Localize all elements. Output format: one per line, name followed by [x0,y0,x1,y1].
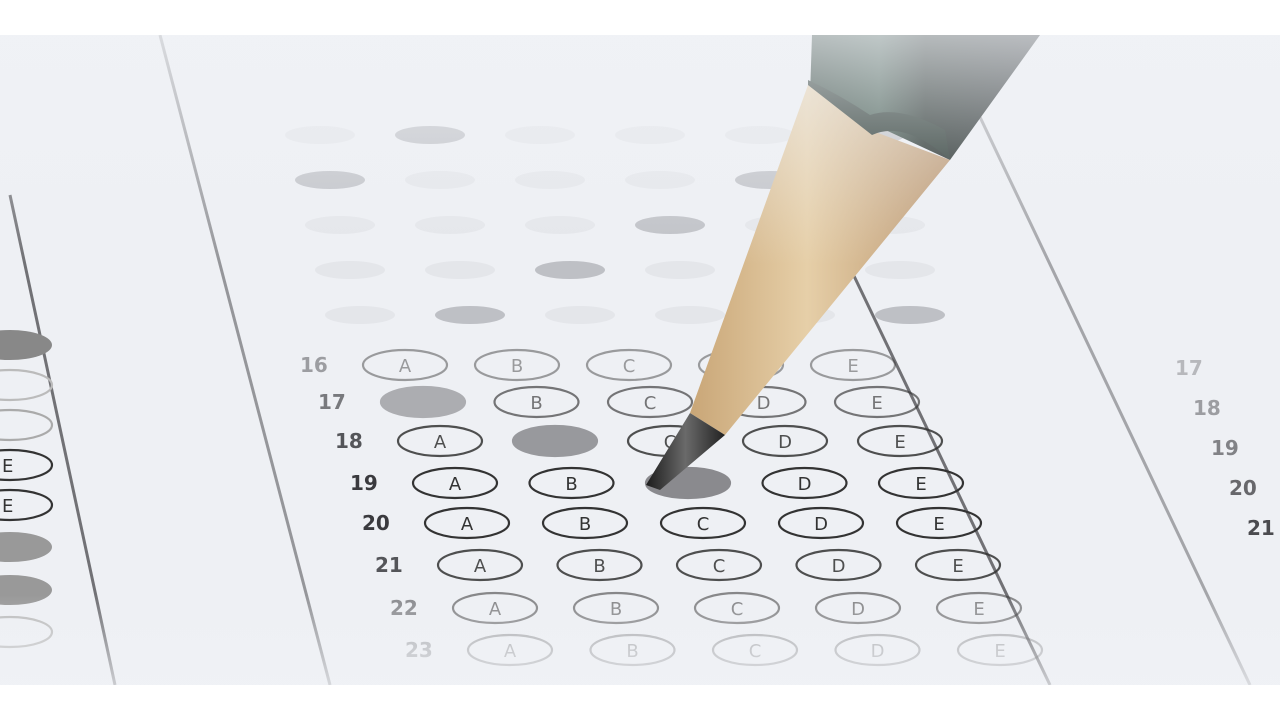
bubble-letter: E [915,474,926,495]
bubble-letter: E [973,599,984,620]
bubble-letter: C [749,641,762,662]
blurred-bubble [865,261,935,279]
answer-row: 21ABCDE [375,550,1000,580]
filled-bubble[interactable] [513,426,597,456]
blurred-bubble [425,261,495,279]
bubble-letter: C [644,393,657,414]
blurred-bubble [305,216,375,234]
blurred-bubble [505,126,575,144]
bubble-letter: A [399,356,412,377]
bubble-letter: D [851,599,865,620]
bubble-letter: B [565,474,577,495]
bubble-letter: B [593,556,605,577]
answer-row: 22ABCDE [390,593,1021,623]
answer-row: 20ABCDE [362,508,981,538]
left-column-bubbles: EE [0,330,52,647]
blurred-bubble [625,171,695,189]
bubble-letter: D [757,393,771,414]
right-row-number: 18 [1193,396,1221,420]
blurred-bubble [615,126,685,144]
answer-row: 23ABCDE [405,635,1042,665]
row-number: 18 [335,429,363,453]
row-number: 20 [362,511,390,535]
bubble-letter: D [832,556,846,577]
bubble-letter: E [847,356,858,377]
right-row-number: 21 [1247,516,1275,540]
answer-row: 18ACDE [335,426,942,456]
bubble-letter: C [697,514,710,535]
blurred-bubble [285,126,355,144]
blurred-bubble [315,261,385,279]
left-bubble [0,575,52,605]
blurred-bubble [655,306,725,324]
bubble-letter: E [933,514,944,535]
left-bubble-letter: E [2,496,13,517]
bubble-letter: A [474,556,487,577]
bubble-letter: C [731,599,744,620]
bubble-letter: D [814,514,828,535]
blurred-bubble [545,306,615,324]
bubble-letter: A [449,474,462,495]
bubble-letter: E [894,432,905,453]
right-column-numbers: 1718192021 [1175,356,1275,540]
blurred-bubble [395,126,465,144]
answer-row: 17BCDE [318,387,919,417]
bubble-letter: E [952,556,963,577]
bubble-letter: B [530,393,542,414]
right-row-number: 19 [1211,436,1239,460]
bubble-letter: B [610,599,622,620]
bubble-letter: B [579,514,591,535]
blurred-bubble [875,306,945,324]
bubble-letter: A [489,599,502,620]
right-row-number: 20 [1229,476,1257,500]
row-number: 23 [405,638,433,662]
left-bubble [0,410,52,440]
bubble-letter: C [713,556,726,577]
left-bubble [0,370,52,400]
bubble-letter: D [778,432,792,453]
left-bubble-letter: E [2,456,13,477]
bubble-letter: D [798,474,812,495]
filled-bubble[interactable] [381,387,465,417]
row-number: 16 [300,353,328,377]
row-number: 21 [375,553,403,577]
bubble-letter: B [626,641,638,662]
blurred-bubble [405,171,475,189]
right-row-number: 17 [1175,356,1203,380]
blurred-bubble [635,216,705,234]
left-bubble [0,532,52,562]
bubble-letter: E [871,393,882,414]
bubble-letter: A [434,432,447,453]
bubble-letter: A [504,641,517,662]
bubble-grid: 16ABCDE17BCDE18ACDE19ABDE20ABCDE21ABCDE2… [285,126,1042,665]
pencil [646,35,1040,490]
row-number: 19 [350,471,378,495]
bubble-letter: A [461,514,474,535]
bubble-letter: C [623,356,636,377]
blurred-bubble [535,261,605,279]
left-bubble [0,617,52,647]
bubble-letter: E [994,641,1005,662]
blurred-bubble [645,261,715,279]
blurred-bubble [515,171,585,189]
blurred-bubble [525,216,595,234]
scene: 16ABCDE17BCDE18ACDE19ABDE20ABCDE21ABCDE2… [0,35,1280,685]
blurred-bubble [295,171,365,189]
answer-row: 16ABCDE [300,350,895,380]
bubble-letter: D [871,641,885,662]
answer-sheet-photo: 16ABCDE17BCDE18ACDE19ABDE20ABCDE21ABCDE2… [0,35,1280,685]
row-number: 17 [318,390,346,414]
blurred-bubble [725,126,795,144]
blurred-bubble [435,306,505,324]
blurred-bubble [415,216,485,234]
blurred-bubble [325,306,395,324]
row-number: 22 [390,596,418,620]
bubble-letter: B [511,356,523,377]
